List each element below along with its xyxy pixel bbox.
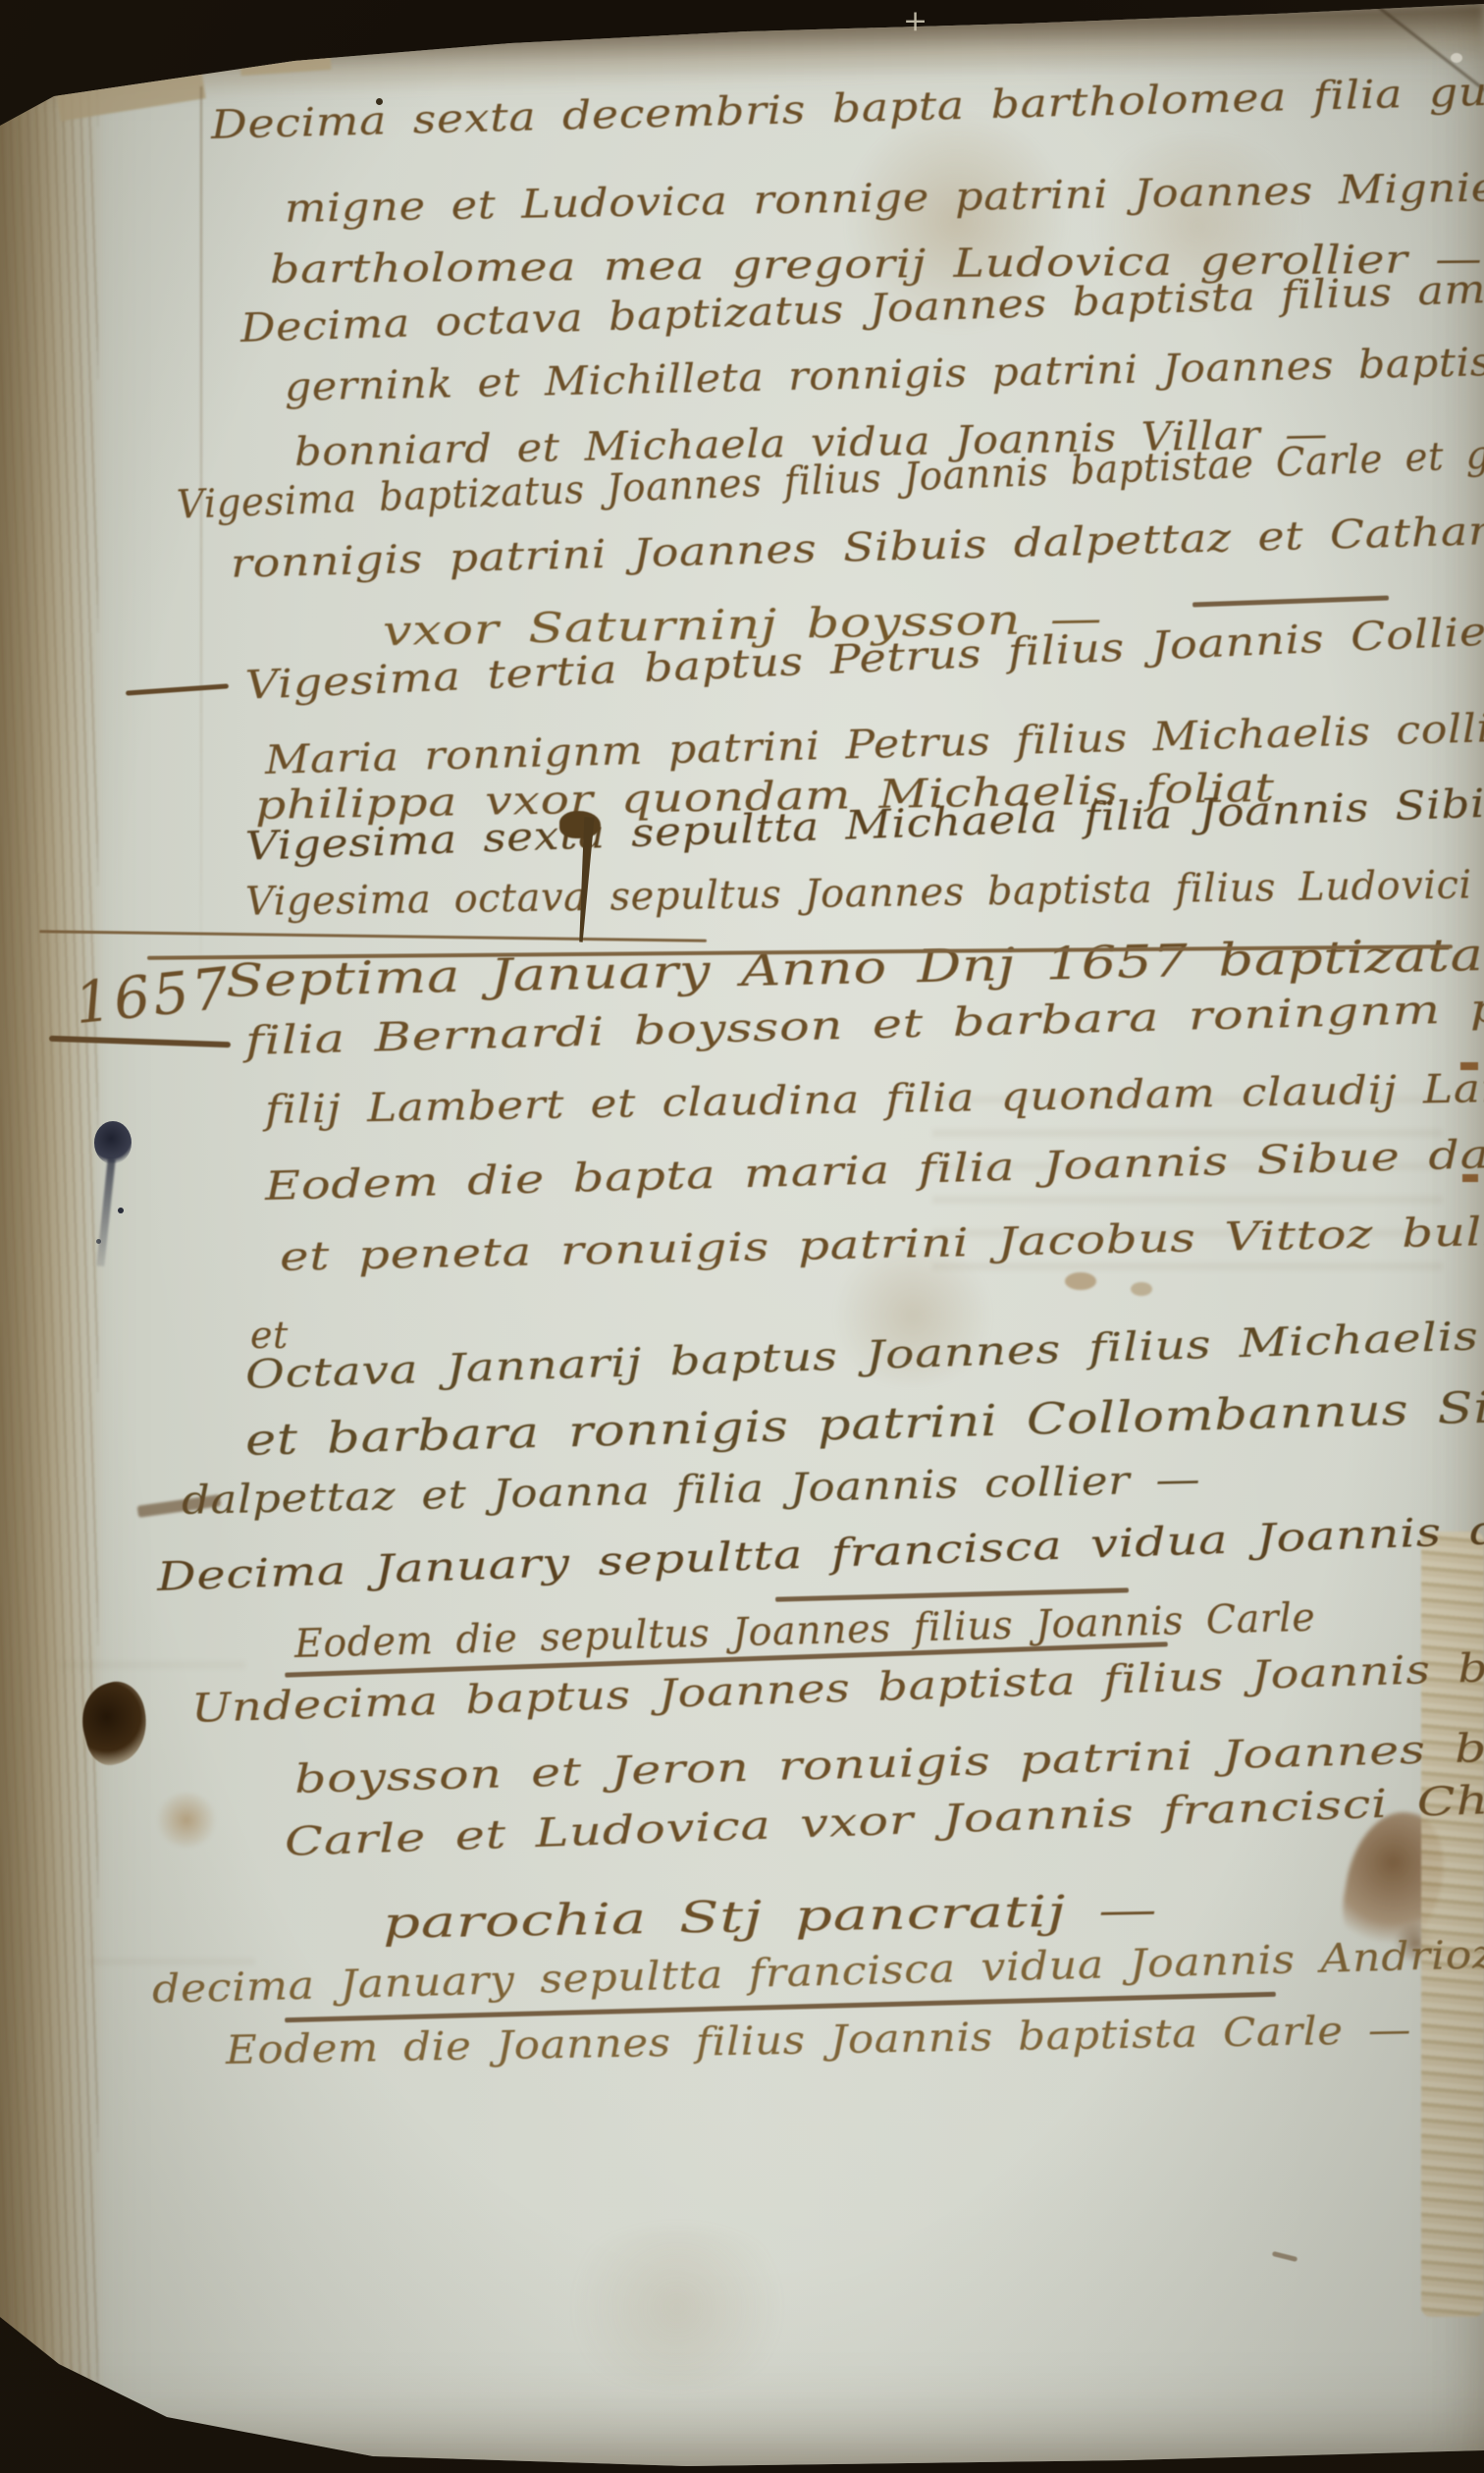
ink-blot [94, 1121, 132, 1164]
manuscript-line: et [250, 1314, 289, 1357]
paper-stain [155, 1793, 218, 1848]
torn-corner-fragment [55, 65, 205, 121]
ink-blot [559, 811, 601, 838]
cross-mark: + [903, 4, 927, 38]
vertical-fold-crease [200, 86, 202, 1004]
scanned-manuscript-photo: { "document": { "kind": "Handwritten par… [0, 0, 1484, 2473]
ink-speck [96, 1239, 101, 1244]
paper-speck [1451, 53, 1462, 63]
paper-stain [550, 2229, 805, 2386]
ink-speck [118, 1208, 124, 1213]
binding-edge-texture [0, 88, 98, 2386]
